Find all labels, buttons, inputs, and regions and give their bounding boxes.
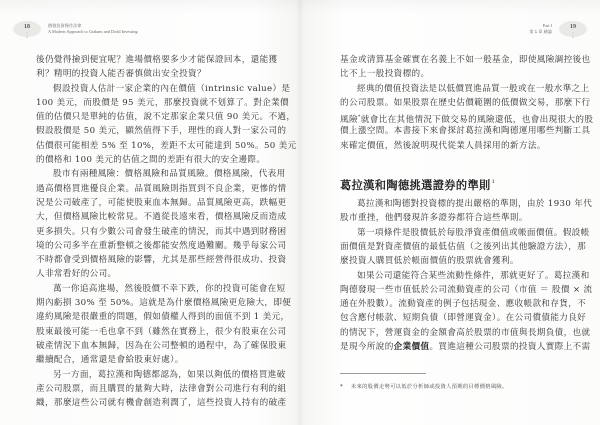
text-line: 過高價格買進優良企業。品質風險則指買到不良企業，更慘的情	[36, 182, 264, 196]
right-page: 19 Part I 第 1 章 緒論 基金或清算基金確實在名義上不如一般基金，即…	[300, 0, 600, 425]
text-line: 葛拉漢和陶德對投資標的提出嚴格的準則，由於 1930 年代	[340, 197, 568, 211]
text-line: 境的公司多半在重新整頓之後都能安然度過難關。幾乎每家公司	[36, 239, 264, 253]
text-line: 股市有兩種風險：價格風險和品質風險。價格風險，代表用	[36, 167, 264, 181]
left-body-text: 後仍覺得撿到便宜呢？進場價格要多少才能保證回本，還能獲利？精明的投資人能否審慎做…	[36, 53, 264, 410]
text-line: 麼投資人購買低於帳面價值的股票就會獲利。	[340, 254, 568, 268]
text-line: 風險*就會比在其他情況下做交易的風險還低，也會出現很大的股	[340, 110, 568, 124]
section-spacer	[340, 153, 568, 171]
text-line: 假設投資人估計一家企業的內在價值（intrinsic value）是	[36, 82, 264, 96]
bold-term: 企業價值	[394, 342, 430, 352]
text-line: 產公司股票，而且購買的量夠大時，法律會對公司進行有利的組	[36, 382, 264, 396]
scan-shadow	[0, 0, 600, 14]
text-line: 的價格和 100 美元的估值之間的差距有很大的安全邊際。	[36, 153, 264, 167]
text-line: 大，但價格風險比較常見。不過從長遠來看，價格風險反而造成	[36, 210, 264, 224]
text-line: 破產情況下血本無歸，因為在公司整頓的過程中，為了確保股東	[36, 339, 264, 353]
text-line: 價上漲空間。本書接下來會探討葛拉漢和陶德運用哪些判斷工具	[340, 124, 568, 138]
text-line: 人非常看好的公司。	[36, 267, 264, 281]
text-line: 的情況下，營運資金的金額會高於股票的市值與長期負債，也就	[340, 326, 568, 340]
text-line: 包含應付帳款、短期負債（即營運資金）。在公司償債能力良好	[340, 311, 568, 325]
text-line: 比不上一般投資標的。	[340, 67, 568, 81]
right-body-text: 基金或清算基金確實在名義上不如一般基金，即使風險調控後也比不上一般投資標的。經典…	[340, 53, 568, 354]
tree-folio-badge: 18	[12, 20, 42, 38]
text-line: 面價值是對資產價值的最低估值（之後列出其他驗證方法），那	[340, 240, 568, 254]
text-line: 利？精明的投資人能否審慎做出安全投資？	[36, 67, 264, 81]
text-line: 估價很可能相差 5% 至 10%，差距不太可能達到 50%。50 美元	[36, 139, 264, 153]
text-line: 另一方面，葛拉漢和陶德都認為，如果以夠低的價格買進破	[36, 368, 264, 382]
text-line: 基金或清算基金確實在名義上不如一般基金，即使風險調控後也	[340, 53, 568, 67]
text-line: 經典的價值投資法是以低價買進品質一般或在一般水準之上	[340, 82, 568, 96]
footnote-text: 未來的股價走勢可以低於分析師或投資人預期的目標價格風險。	[351, 384, 508, 390]
text-line: 第一項條件是股價低於每股淨資產價值或帳面價值。假設帳	[340, 226, 568, 240]
book-title-en: A Modern Approach to Graham and Dodd Inv…	[48, 29, 138, 35]
footnote: * 未來的股價走勢可以低於分析師或投資人預期的目標價格風險。	[340, 382, 508, 390]
text-line: 是現今所說的企業價值。買進這種公司股票的投資人實際上不需	[340, 340, 568, 354]
text-line: 100 美元，而股價是 95 美元，那麼投資就不划算了。對企業價	[36, 96, 264, 110]
book-title-block: 價值投資慢作法律 A Modern Approach to Graham and…	[48, 23, 138, 34]
page-number: 19	[558, 24, 588, 30]
tree-folio-badge: 19	[558, 20, 588, 38]
right-running-head: 19 Part I 第 1 章 緒論	[529, 20, 588, 38]
section-heading-text: 葛拉漢和陶德挑選證券的準則	[340, 178, 491, 192]
text-line: 通在外股數）。流動資產的例子包括現金、應收帳款和存貨，不	[340, 297, 568, 311]
text-line: 陶德發現一些市值低於公司流動資產的公司（市值 ＝ 股價 × 流	[340, 283, 568, 297]
text-line: 不時都會受到價格風險的影響，尤其是那些經營得很成功、投資	[36, 253, 264, 267]
text-line: 假設股價是 50 美元，顯然值得下手，理性的商人對一家公司的	[36, 124, 264, 138]
chapter-block: Part I 第 1 章 緒論	[529, 23, 552, 34]
text-segment: 。買進這種公司股票的投資人實際上不需	[429, 342, 590, 352]
text-line: 來確定價值，然後說明現代從業人員採用的新方法。	[340, 139, 568, 153]
text-line: 況是公司破產了，可能使股東血本無歸。品質風險更高，跌幅更	[36, 196, 264, 210]
text-line: 違約風險是很嚴重的問題，假如債權人得到的面值不到 1 美元，	[36, 310, 264, 324]
text-line: 值的估價只是單純的估值，說不定那家企業只值 90 美元。不過，	[36, 110, 264, 124]
text-line: 繼續配合，通常還是會給股東好處）。	[36, 353, 264, 367]
section-heading: 葛拉漢和陶德挑選證券的準則1	[340, 171, 568, 197]
text-line: 如果公司還能符合某些流動性條件，那就更好了。葛拉漢和	[340, 269, 568, 283]
text-line: 萬一你追高進場，然後股價不幸下跌，你的投資可能會在短	[36, 282, 264, 296]
footnote-mark: *	[340, 384, 343, 390]
left-running-head: 18 價值投資慢作法律 A Modern Approach to Graham …	[12, 20, 138, 38]
text-segment: 是現今所說的	[340, 342, 394, 352]
book-gutter	[296, 0, 304, 425]
chapter-label: 第 1 章 緒論	[529, 29, 552, 35]
text-line: 後仍覺得撿到便宜呢？進場價格要多少才能保證回本，還能獲	[36, 53, 264, 67]
footnote-divider	[340, 373, 426, 374]
text-line: 的公司股票。如果股票在歷史估價範圍的低價做交易，那麼下行	[340, 96, 568, 110]
page-number: 18	[12, 24, 42, 30]
endnote-reference: 1	[492, 179, 496, 185]
text-line: 更多損失。只有少數公司會發生破產的情況，而其中遇到財務困	[36, 225, 264, 239]
text-line: 期內虧損 30% 至 50%。這就是為什麼價格風險更危險大，即便	[36, 296, 264, 310]
text-line: 股市重挫，他們發現許多證券都符合這些準則。	[340, 211, 568, 225]
book-spread: 18 價值投資慢作法律 A Modern Approach to Graham …	[0, 0, 600, 425]
text-line: 織，那麼這些公司就有機會創造利潤了，這些投資人持有的破產	[36, 396, 264, 410]
left-page: 18 價值投資慢作法律 A Modern Approach to Graham …	[0, 0, 300, 425]
text-line: 股東最後可能一毛也拿不到（雖然在實務上，很少有股東在公司	[36, 325, 264, 339]
